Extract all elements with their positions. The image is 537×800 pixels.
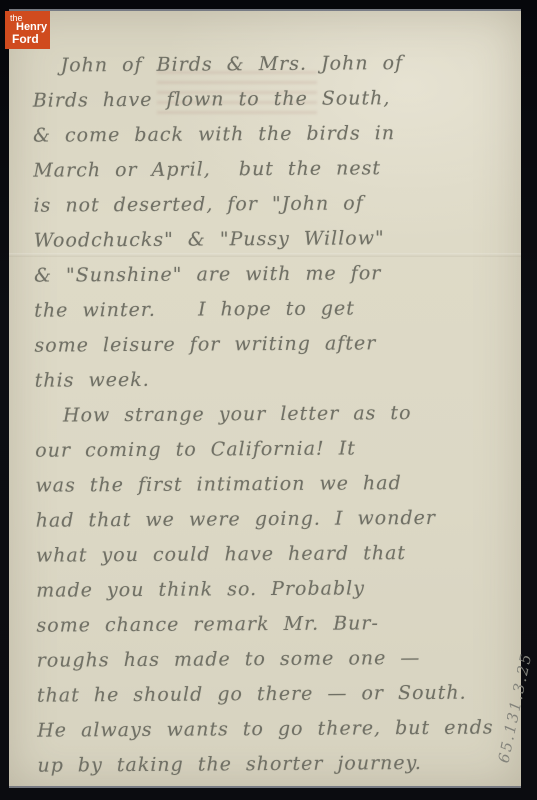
letter-line: was the first intimation we had — [35, 465, 513, 503]
letter-page: John of Birds & Mrs. John of Birds have … — [9, 9, 521, 788]
scan-viewer: John of Birds & Mrs. John of Birds have … — [0, 0, 537, 800]
letter-line: what you could have heard that — [36, 535, 514, 573]
letter-body: John of Birds & Mrs. John of Birds have … — [32, 45, 515, 783]
letter-line: made you think so. Probably — [36, 570, 514, 608]
letter-line: some leisure for writing after — [34, 325, 512, 363]
letter-line: & "Sunshine" are with me for — [34, 255, 512, 293]
letter-line: John of Birds & Mrs. John of — [32, 45, 510, 83]
letter-line: the winter. I hope to get — [34, 290, 512, 328]
letter-line: is not deserted, for "John of — [33, 185, 511, 223]
letter-line: How strange your letter as to — [35, 395, 513, 433]
letter-line: our coming to California! It — [35, 430, 513, 468]
henry-ford-logo: the Henry Ford — [5, 11, 50, 49]
letter-line: He always wants to go there, but ends — [37, 710, 515, 748]
letter-line: Birds have flown to the South, — [33, 80, 511, 118]
logo-word-ford: Ford — [12, 33, 39, 45]
letter-line: up by taking the shorter journey. — [37, 745, 515, 783]
letter-line: some chance remark Mr. Bur- — [36, 605, 514, 643]
letter-line: had that we were going. I wonder — [36, 500, 514, 538]
letter-line: March or April, but the nest — [33, 150, 511, 188]
letter-line: Woodchucks" & "Pussy Willow" — [34, 220, 512, 258]
letter-line: this week. — [35, 360, 513, 398]
letter-line: roughs has made to some one — — [37, 640, 515, 678]
letter-line: & come back with the birds in — [33, 115, 511, 153]
letter-line: that he should go there — or South. — [37, 675, 515, 713]
